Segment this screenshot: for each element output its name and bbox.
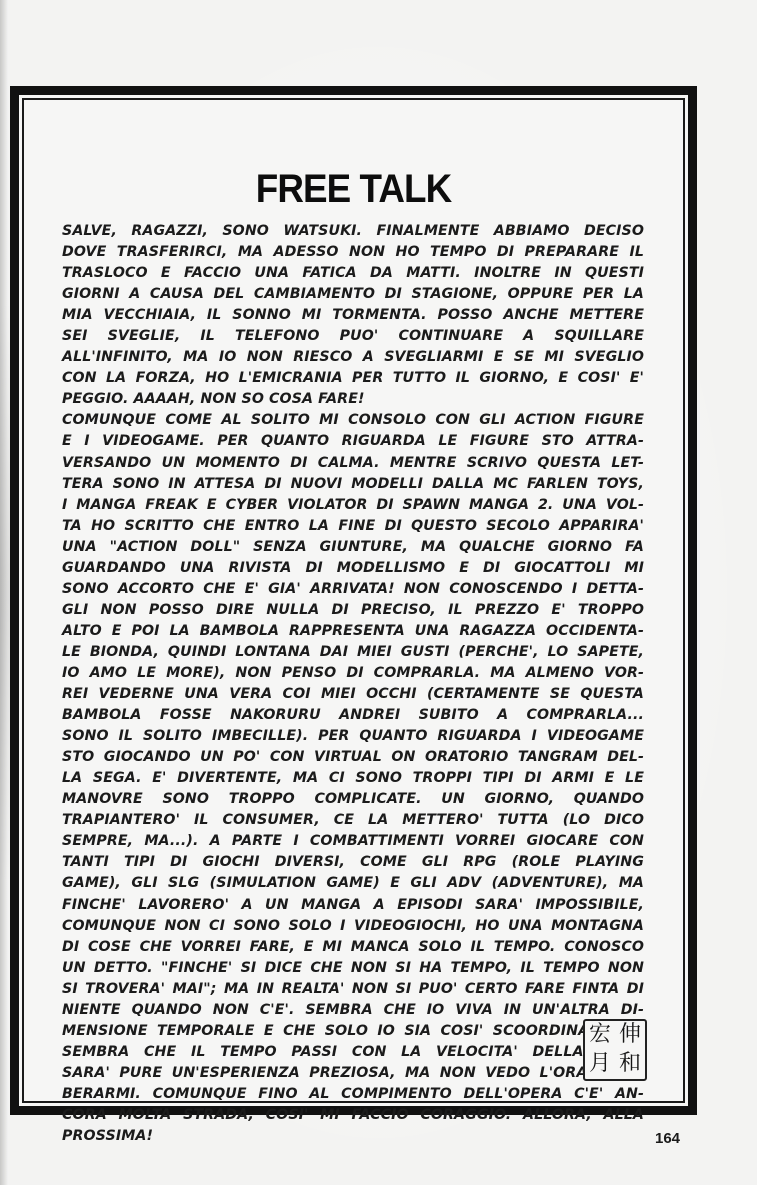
body-text-line: BAMBOLA FOSSE NAKORURU ANDREI SUBITO A C… xyxy=(62,705,644,726)
body-text-line: I MANGA FREAK E CYBER VIOLATOR DI SPAWN … xyxy=(62,495,644,516)
body-text-line: ALL'INFINITO, MA IO NON RIESCO A SVEGLIA… xyxy=(62,347,644,368)
body-text-line: SI TROVERA' MAI"; MA IN REALTA' NON SI P… xyxy=(62,979,644,1000)
body-text-line: CON LA FORZA, HO L'EMICRANIA PER TUTTO I… xyxy=(62,368,644,389)
body-text-line: MIA VECCHIAIA, IL SONNO MI TORMENTA. POS… xyxy=(62,305,644,326)
body-text-line: MANOVRE SONO TROPPO COMPLICATE. UN GIORN… xyxy=(62,789,644,810)
body-text-line: NIENTE QUANDO NON C'E'. SEMBRA CHE IO VI… xyxy=(62,1000,644,1021)
body-text-line: LA SEGA. E' DIVERTENTE, MA CI SONO TROPP… xyxy=(62,768,644,789)
body-text-line: STO GIOCANDO UN PO' CON VIRTUAL ON ORATO… xyxy=(62,747,644,768)
body-text-line: TRAPIANTERO' IL CONSUMER, CE LA METTERO'… xyxy=(62,810,644,831)
seal-character: 和 xyxy=(615,1050,645,1079)
body-text-line: PEGGIO. AAAAH, NON SO COSA FARE! xyxy=(62,389,644,410)
body-text-line: COMUNQUE COME AL SOLITO MI CONSOLO CON G… xyxy=(62,410,644,431)
body-text-line: TANTI TIPI DI GIOCHI DIVERSI, COME GLI R… xyxy=(62,852,644,873)
body-text-line: TA HO SCRITTO CHE ENTRO LA FINE DI QUEST… xyxy=(62,516,644,537)
body-text-line: FINCHE' LAVORERO' A UN MANGA A EPISODI S… xyxy=(62,895,644,916)
body-text-line: CORA MOLTA STRADA, COSI' MI FACCIO CORAG… xyxy=(62,1105,644,1126)
body-text-line: DOVE TRASFERIRCI, MA ADESSO NON HO TEMPO… xyxy=(62,242,644,263)
body-text-line: TERA SONO IN ATTESA DI NUOVI MODELLI DAL… xyxy=(62,474,644,495)
body-text-line: SEMPRE, MA...). A PARTE I COMBATTIMENTI … xyxy=(62,831,644,852)
body-text-line: ALTO E POI LA BAMBOLA RAPPRESENTA UNA RA… xyxy=(62,621,644,642)
body-text-line: SEMBRA CHE IL TEMPO PASSI CON LA VELOCIT… xyxy=(62,1042,644,1063)
free-talk-body: SALVE, RAGAZZI, SONO WATSUKI. FINALMENTE… xyxy=(62,221,644,1147)
free-talk-frame: FREE TALK SALVE, RAGAZZI, SONO WATSUKI. … xyxy=(10,86,697,1115)
body-text-line: PROSSIMA! xyxy=(62,1126,644,1147)
body-text-line: SONO IL SOLITO IMBECILLE). PER QUANTO RI… xyxy=(62,726,644,747)
page-gutter-shadow xyxy=(0,0,8,1185)
body-text-line: SARA' PURE UN'ESPERIENZA PREZIOSA, MA NO… xyxy=(62,1063,644,1084)
body-text-line: GIORNI A CAUSA DEL CAMBIAMENTO DI STAGIO… xyxy=(62,284,644,305)
body-text-line: SALVE, RAGAZZI, SONO WATSUKI. FINALMENTE… xyxy=(62,221,644,242)
body-text-line: SONO ACCORTO CHE E' GIA' ARRIVATA! NON C… xyxy=(62,579,644,600)
body-text-line: GUARDANDO UNA RIVISTA DI MODELLISMO E DI… xyxy=(62,558,644,579)
body-text-line: VERSANDO UN MOMENTO DI CALMA. MENTRE SCR… xyxy=(62,453,644,474)
body-text-line: E I VIDEOGAME. PER QUANTO RIGUARDA LE FI… xyxy=(62,431,644,452)
author-seal-stamp: 伸 宏 和 月 xyxy=(583,1019,647,1081)
seal-character: 宏 xyxy=(585,1021,615,1050)
body-text-line: SEI SVEGLIE, IL TELEFONO PUO' CONTINUARE… xyxy=(62,326,644,347)
body-text-line: GAME), GLI SLG (SIMULATION GAME) E GLI A… xyxy=(62,873,644,894)
body-text-line: MENSIONE TEMPORALE E CHE SOLO IO SIA COS… xyxy=(62,1021,644,1042)
seal-character: 伸 xyxy=(615,1021,645,1050)
page-title: FREE TALK xyxy=(46,167,661,212)
body-text-line: DI COSE CHE VORREI FARE, E MI MANCA SOLO… xyxy=(62,937,644,958)
body-text-line: GLI NON POSSO DIRE NULLA DI PRECISO, IL … xyxy=(62,600,644,621)
body-text-line: IO AMO LE MORE), NON PENSO DI COMPRARLA.… xyxy=(62,663,644,684)
body-text-line: LE BIONDA, QUINDI LONTANA DAI MIEI GUSTI… xyxy=(62,642,644,663)
page-number: 164 xyxy=(655,1130,680,1147)
body-text-line: UNA "ACTION DOLL" SENZA GIUNTURE, MA QUA… xyxy=(62,537,644,558)
body-text-line: REI VEDERNE UNA VERA COI MIEI OCCHI (CER… xyxy=(62,684,644,705)
body-text-line: TRASLOCO E FACCIO UNA FATICA DA MATTI. I… xyxy=(62,263,644,284)
body-text-line: UN DETTO. "FINCHE' SI DICE CHE NON SI HA… xyxy=(62,958,644,979)
body-text-line: BERARMI. COMUNQUE FINO AL COMPIMENTO DEL… xyxy=(62,1084,644,1105)
body-text-line: COMUNQUE NON CI SONO SOLO I VIDEOGIOCHI,… xyxy=(62,916,644,937)
seal-character: 月 xyxy=(585,1050,615,1079)
